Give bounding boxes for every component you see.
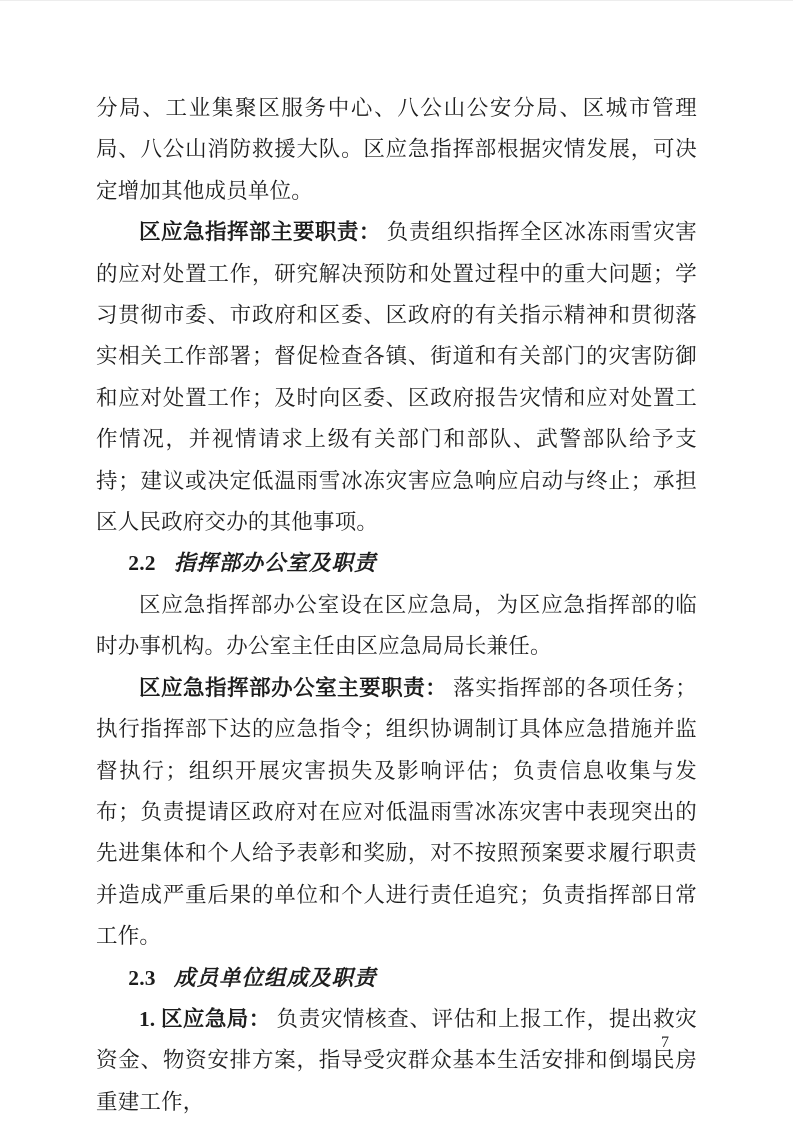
section-number: 2.2 bbox=[128, 551, 155, 575]
paragraph-emergency-bureau-duties: 1. 区应急局：负责灾情核查、评估和上报工作，提出救灾资金、物资安排方案，指导受… bbox=[96, 999, 697, 1122]
paragraph-text: 分局、工业集聚区服务中心、八公山公安分局、区城市管理局、八公山消防救援大队。区应… bbox=[96, 96, 697, 203]
paragraph-office-location: 区应急指挥部办公室设在区应急局，为区应急指挥部的临时办事机构。办公室主任由区应急… bbox=[96, 585, 697, 668]
paragraph-office-main-duties: 区应急指挥部办公室主要职责：落实指挥部的各项任务；执行指挥部下达的应急指令；组织… bbox=[96, 668, 697, 958]
section-heading-2-3: 2.3成员单位组成及职责 bbox=[96, 958, 697, 999]
page-number: 7 bbox=[661, 1033, 669, 1053]
page-content: 分局、工业集聚区服务中心、八公山公安分局、区城市管理局、八公山消防救援大队。区应… bbox=[96, 88, 697, 1122]
section-heading-2-2: 2.2指挥部办公室及职责 bbox=[96, 543, 697, 584]
paragraph-text: 区应急指挥部办公室设在区应急局，为区应急指挥部的临时办事机构。办公室主任由区应急… bbox=[96, 593, 697, 658]
section-title: 指挥部办公室及职责 bbox=[174, 551, 377, 575]
document-page: 分局、工业集聚区服务中心、八公山公安分局、区城市管理局、八公山消防救援大队。区应… bbox=[0, 0, 793, 1122]
paragraph-text: 负责组织指挥全区冰冻雨雪灾害的应对处置工作，研究解决预防和处置过程中的重大问题；… bbox=[96, 220, 697, 534]
paragraph-text: 落实指挥部的各项任务；执行指挥部下达的应急指令；组织协调制订具体应急措施并监督执… bbox=[96, 676, 697, 948]
section-number: 2.3 bbox=[128, 966, 155, 990]
paragraph-lead-bold: 区应急指挥部主要职责： bbox=[139, 220, 387, 244]
paragraph-member-units-continuation: 分局、工业集聚区服务中心、八公山公安分局、区城市管理局、八公山消防救援大队。区应… bbox=[96, 88, 697, 212]
paragraph-hq-main-duties: 区应急指挥部主要职责：负责组织指挥全区冰冻雨雪灾害的应对处置工作，研究解决预防和… bbox=[96, 212, 697, 543]
section-title: 成员单位组成及职责 bbox=[174, 966, 377, 990]
paragraph-lead-bold: 1. 区应急局： bbox=[139, 1007, 277, 1031]
paragraph-lead-bold: 区应急指挥部办公室主要职责： bbox=[139, 676, 453, 700]
